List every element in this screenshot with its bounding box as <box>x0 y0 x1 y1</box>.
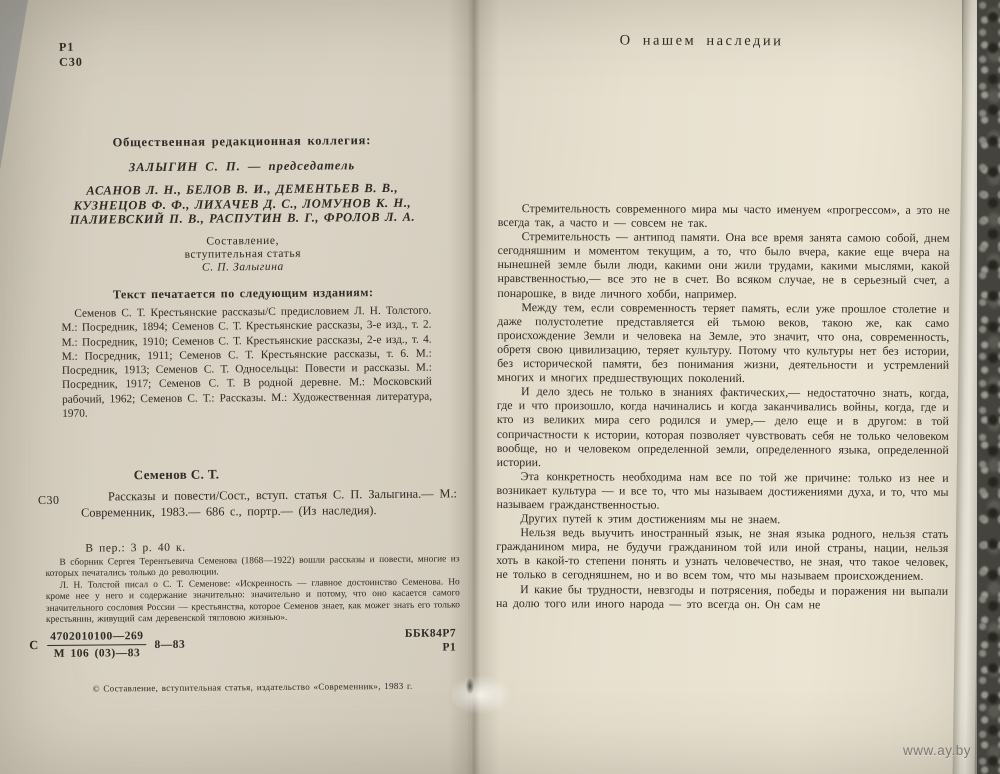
photo-watermark: www.ay.by <box>903 743 971 758</box>
body-paragraph: И какие бы трудности, невзгоды и потрясе… <box>496 582 948 612</box>
body-paragraph: И дело здесь не только в знаниях фактиче… <box>497 384 949 471</box>
chapter-body: Стремительность современного мира мы час… <box>496 201 950 612</box>
body-paragraph: Эта конкретность необходима нам все по т… <box>496 469 948 513</box>
chapter-title: О нашем наследии <box>561 32 841 50</box>
right-page-content: О нашем наследии Стремительность совреме… <box>0 0 1000 774</box>
body-paragraph: Нельзя ведь выучить иностранный язык, не… <box>496 525 948 583</box>
book-photo: Р1 С30 Общественная редакционная коллеги… <box>0 0 1000 774</box>
body-paragraph: Между тем, если современность теряет пам… <box>497 300 949 387</box>
body-paragraph: Стремительность современного мира мы час… <box>498 201 950 231</box>
body-paragraph: Стремительность — антипод памяти. Она вс… <box>497 229 949 301</box>
